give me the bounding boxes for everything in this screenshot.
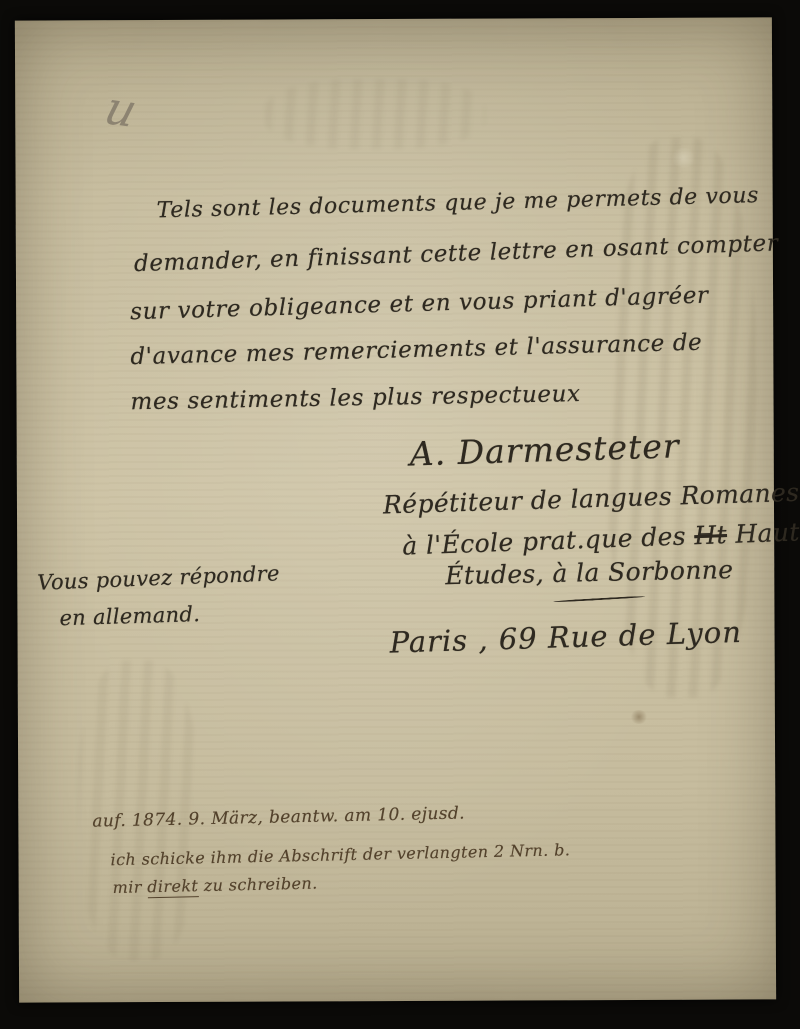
title-line-2-post: Hautes (726, 516, 800, 549)
paper-light-spot (670, 148, 696, 168)
crossed-out-word: Ht (694, 520, 728, 550)
underlined-word: direkt (147, 876, 198, 898)
letter-body-line-5: mes sentiments les plus respectueux (130, 381, 581, 415)
ink-bleedthrough-right (605, 137, 757, 698)
archival-line-3-pre: mir (112, 877, 147, 897)
signature: A. Darmesteter (409, 426, 680, 473)
letter-paper: u Tels sont les documents que je me perm… (15, 17, 776, 1002)
pencil-mark: u (99, 81, 143, 137)
archival-note-line-3: mir direkt zu schreiben. (112, 874, 317, 897)
margin-note-line-2: en allemand. (59, 602, 200, 630)
paper-stain (630, 710, 648, 724)
archival-line-3-post: zu schreiben. (198, 874, 318, 896)
ink-bleedthrough-top (265, 79, 485, 150)
margin-note-line-1: Vous pouvez répondre (37, 561, 280, 595)
